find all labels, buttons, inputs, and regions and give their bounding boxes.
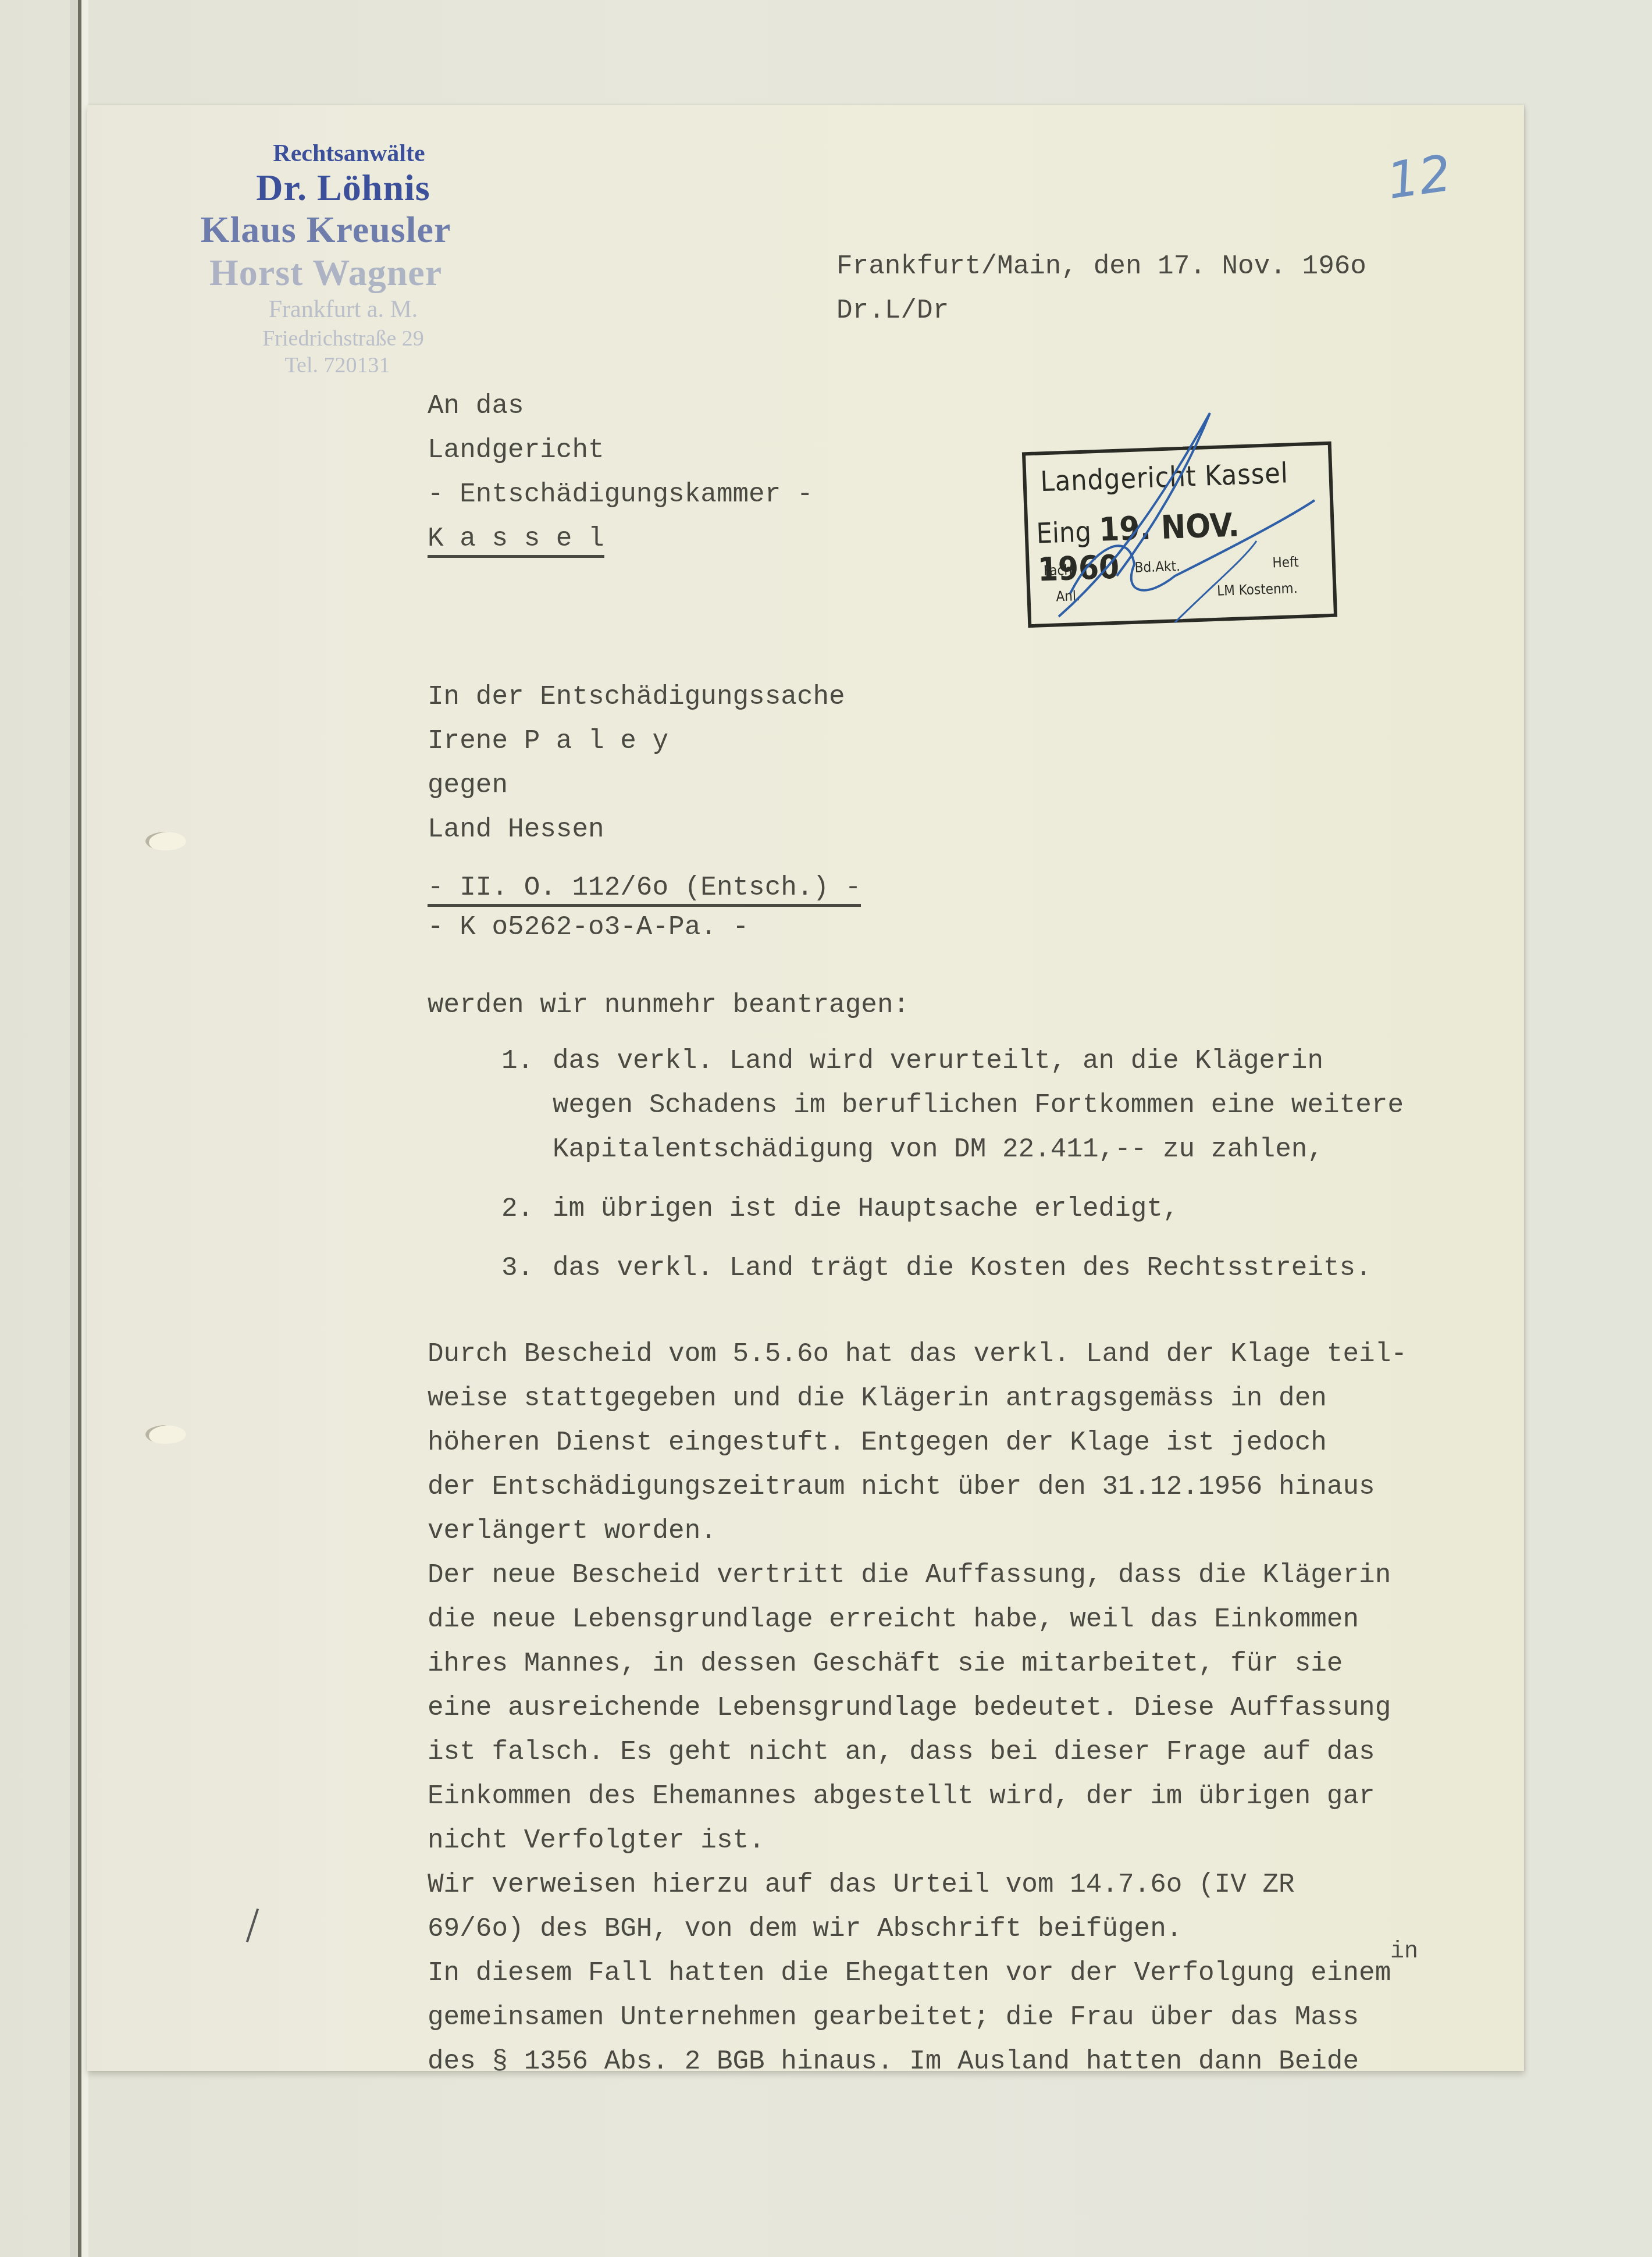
body-line-13: Wir verweisen hierzu auf das Urteil vom … bbox=[428, 1863, 1295, 1907]
reference-code: Dr.L/Dr bbox=[836, 289, 949, 333]
interlinear-insert: in bbox=[1390, 1930, 1418, 1974]
body-line-8: ihres Mannes, in dessen Geschäft sie mit… bbox=[428, 1642, 1343, 1686]
body-line-3: höheren Dienst eingestuft. Entgegen der … bbox=[428, 1421, 1327, 1465]
binder-rail-light bbox=[70, 0, 78, 2257]
stamp-name-1: Dr. Löhnis bbox=[186, 168, 500, 208]
stamp-city: Frankfurt a. M. bbox=[186, 294, 500, 325]
punch-hole-bottom bbox=[145, 1425, 186, 1444]
stamp-phone: Tel. 720131 bbox=[175, 353, 500, 378]
body-line-1: Durch Bescheid vom 5.5.6o hat das verkl.… bbox=[428, 1332, 1407, 1376]
body-line-10: ist falsch. Es geht nicht an, dass bei d… bbox=[428, 1730, 1375, 1774]
motion-item-2-line-1: im übrigen ist die Hauptsache erledigt, bbox=[553, 1187, 1179, 1231]
file-number: - II. O. 112/6o (Entsch.) - bbox=[428, 866, 861, 910]
motion-intro: werden wir nunmehr beantragen: bbox=[428, 983, 909, 1027]
recipient-city-text: K a s s e l bbox=[428, 524, 604, 558]
punch-hole-top bbox=[145, 832, 186, 850]
stamp-received-prefix: Eing bbox=[1036, 515, 1092, 550]
motion-item-1-number: 1. bbox=[501, 1039, 533, 1083]
stamp-court-name: Landgericht Kassel bbox=[1040, 457, 1289, 498]
motion-item-3-line-1: das verkl. Land trägt die Kosten des Rec… bbox=[553, 1246, 1372, 1290]
handwritten-page-number: 12 bbox=[1384, 144, 1455, 211]
body-line-5: verlängert worden. bbox=[428, 1509, 717, 1553]
recipient-line-2: Landgericht bbox=[428, 428, 604, 472]
reference-number: - K o5262-o3-A-Pa. - bbox=[428, 905, 749, 949]
motion-item-1-line-3: Kapitalentschädigung von DM 22.411,-- zu… bbox=[553, 1127, 1323, 1172]
body-line-15: In diesem Fall hatten die Ehegatten vor … bbox=[428, 1951, 1391, 1995]
motion-item-2-number: 2. bbox=[501, 1187, 533, 1231]
body-line-11: Einkommen des Ehemannes abgestellt wird,… bbox=[428, 1774, 1375, 1818]
body-line-7: die neue Lebensgrundlage erreicht habe, … bbox=[428, 1597, 1359, 1642]
stamp-field-kostenm: LM Kostenm. bbox=[1217, 580, 1298, 599]
recipient-city: K a s s e l bbox=[428, 517, 604, 561]
body-line-12: nicht Verfolgter ist. bbox=[428, 1818, 765, 1863]
recipient-line-1: An das bbox=[428, 384, 524, 428]
body-line-6: Der neue Bescheid vertritt die Auffassun… bbox=[428, 1553, 1391, 1597]
body-line-9: eine ausreichende Lebensgrundlage bedeut… bbox=[428, 1686, 1391, 1730]
stamp-title: Rechtsanwälte bbox=[198, 140, 500, 168]
stamp-field-fach: Fach bbox=[1044, 560, 1131, 579]
file-number-text: - II. O. 112/6o (Entsch.) - bbox=[428, 873, 861, 907]
motion-item-1-line-2: wegen Schadens im beruflichen Fortkommen… bbox=[553, 1083, 1404, 1127]
stamp-name-3: Horst Wagner bbox=[151, 251, 500, 294]
recipient-line-3: - Entschädigungskammer - bbox=[428, 472, 813, 517]
motion-item-1-line-1: das verkl. Land wird verurteilt, an die … bbox=[553, 1039, 1323, 1083]
body-line-4: der Entschädigungszeitraum nicht über de… bbox=[428, 1465, 1375, 1509]
stamp-street: Friedrichstraße 29 bbox=[186, 325, 500, 353]
body-line-2: weise stattgegeben und die Klägerin antr… bbox=[428, 1376, 1327, 1421]
body-line-16: gemeinsamen Unternehmen gearbeitet; die … bbox=[428, 1995, 1359, 2039]
case-intro: In der Entschädigungssache bbox=[428, 675, 845, 719]
law-firm-stamp: Rechtsanwälte Dr. Löhnis Klaus Kreusler … bbox=[151, 140, 500, 378]
body-line-17: des § 1356 Abs. 2 BGB hinaus. Im Ausland… bbox=[428, 2039, 1359, 2084]
defendant-name: Land Hessen bbox=[428, 807, 604, 852]
motion-item-3-number: 3. bbox=[501, 1246, 533, 1290]
stamp-field-heft: Heft bbox=[1272, 554, 1299, 571]
stamp-name-2: Klaus Kreusler bbox=[151, 208, 500, 251]
versus-label: gegen bbox=[428, 763, 508, 807]
place-date: Frankfurt/Main, den 17. Nov. 196o bbox=[836, 244, 1366, 289]
plaintiff-name: Irene P a l e y bbox=[428, 719, 668, 763]
body-line-14: 69/6o) des BGH, von dem wir Abschrift be… bbox=[428, 1907, 1182, 1951]
court-receipt-stamp: Landgericht Kassel Eing 19. NOV. 1960 Fa… bbox=[1022, 442, 1337, 628]
